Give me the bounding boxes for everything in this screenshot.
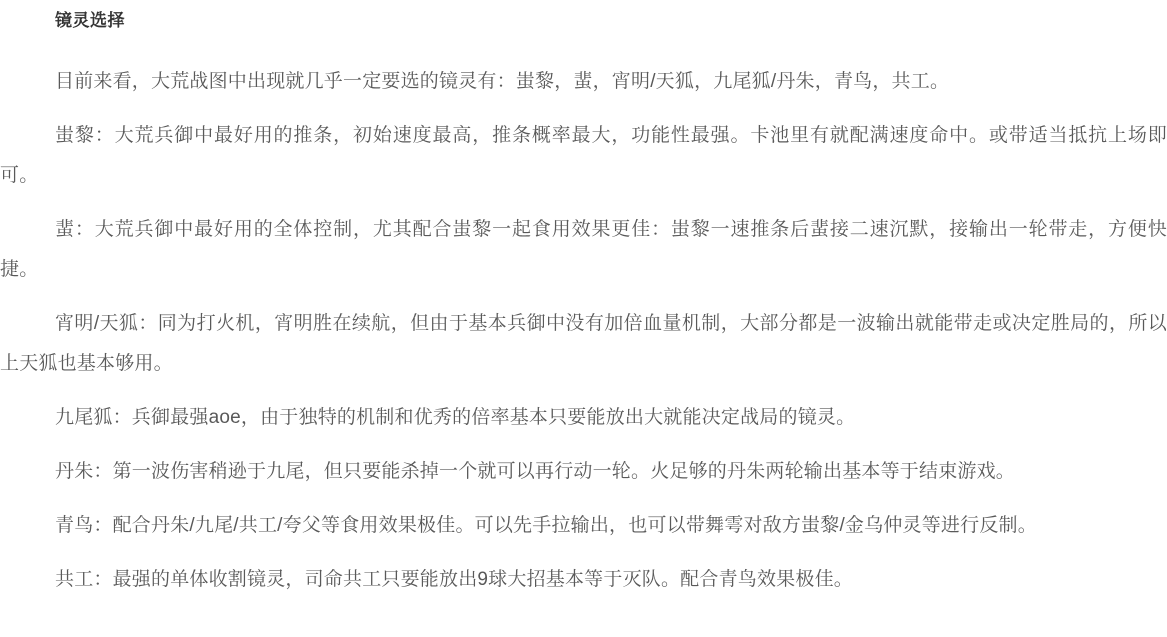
paragraph-fei: 蜚：大荒兵御中最好用的全体控制，尤其配合蚩黎一起食用效果更佳：蚩黎一速推条后蜚接… <box>0 210 1167 290</box>
section-title: 镜灵选择 <box>0 10 1167 32</box>
article-body: 镜灵选择 目前来看，大荒战图中出现就几乎一定要选的镜灵有：蚩黎，蜚，宵明/天狐，… <box>0 0 1167 637</box>
paragraph-xiaoming-tianhu: 宵明/天狐：同为打火机，宵明胜在续航，但由于基本兵御中没有加倍血量机制，大部分都… <box>0 304 1167 384</box>
paragraph-qingniao: 青鸟：配合丹朱/九尾/共工/夸父等食用效果极佳。可以先手拉输出，也可以带舞雩对敌… <box>0 506 1167 546</box>
paragraph-jiuweihu: 九尾狐：兵御最强aoe，由于独特的机制和优秀的倍率基本只要能放出大就能决定战局的… <box>0 398 1167 438</box>
paragraph-intro: 目前来看，大荒战图中出现就几乎一定要选的镜灵有：蚩黎，蜚，宵明/天狐，九尾狐/丹… <box>0 62 1167 102</box>
paragraph-chili: 蚩黎：大荒兵御中最好用的推条，初始速度最高，推条概率最大，功能性最强。卡池里有就… <box>0 116 1167 196</box>
paragraph-danzhu: 丹朱：第一波伤害稍逊于九尾，但只要能杀掉一个就可以再行动一轮。火足够的丹朱两轮输… <box>0 452 1167 492</box>
paragraph-gonggong: 共工：最强的单体收割镜灵，司命共工只要能放出9球大招基本等于灭队。配合青鸟效果极… <box>0 560 1167 600</box>
